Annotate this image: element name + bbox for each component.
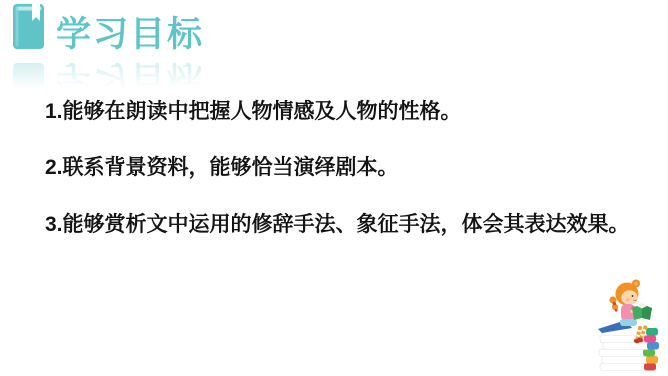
book-icon-reflection xyxy=(13,63,44,108)
slide: 学习目标 学习目标 1.能够在朗读中把握人物情感及人物的性格。 2.联系背景资料… xyxy=(0,0,668,376)
girl-reading-illustration xyxy=(596,278,666,372)
objective-item-2: 2.联系背景资料，能够恰当演绎剧本。 xyxy=(45,156,399,180)
page-title-reflection: 学习目标 xyxy=(56,60,204,95)
slide-header: 学习目标 xyxy=(0,0,420,56)
page-title: 学习目标 xyxy=(56,17,204,52)
book-stack xyxy=(598,320,659,371)
objective-item-1: 1.能够在朗读中把握人物情感及人物的性格。 xyxy=(45,100,462,124)
objective-item-3: 3.能够赏析文中运用的修辞手法、象征手法，体会其表达效果。 xyxy=(45,213,630,237)
book-icon xyxy=(13,4,44,49)
